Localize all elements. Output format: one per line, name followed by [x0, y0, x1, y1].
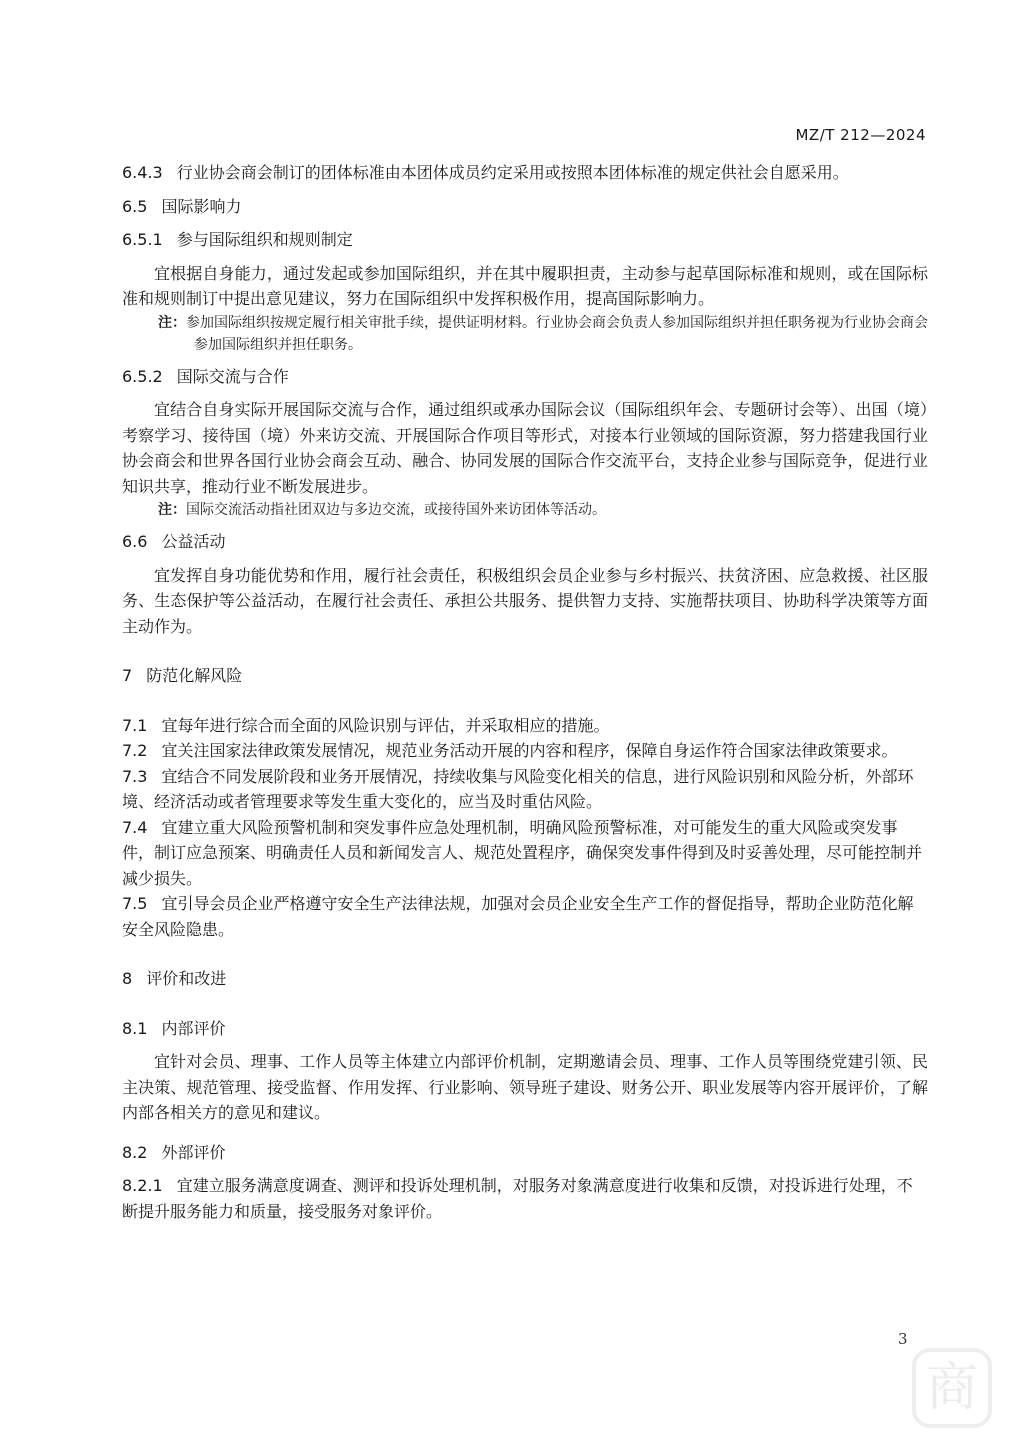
heading-6-5: 6.5国际影响力	[122, 194, 928, 220]
clause-number: 7.1	[122, 713, 147, 739]
clause-8-2-1: 8.2.1宜建立服务满意度调查、测评和投诉处理机制，对服务对象满意度进行收集和反…	[122, 1173, 928, 1224]
heading-number: 8.2	[122, 1140, 147, 1166]
watermark-text: YN21ST.CN	[930, 1382, 973, 1390]
note-6-5-1: 注：参加国际组织按规定履行相关审批手续，提供证明材料。行业协会商会负责人参加国际…	[122, 312, 928, 356]
heading-6-6: 6.6公益活动	[122, 529, 928, 555]
note-6-5-2: 注：国际交流活动指社团双边与多边交流，或接待国外来访团体等活动。	[122, 499, 928, 521]
heading-8-2: 8.2外部评价	[122, 1140, 928, 1166]
clause-7-3: 7.3宜结合不同发展阶段和业务开展情况，持续收集与风险变化相关的信息，进行风险识…	[122, 764, 928, 815]
watermark-logo-icon: 商 YN21ST.CN	[912, 1348, 992, 1428]
heading-title: 外部评价	[161, 1143, 225, 1162]
heading-title: 公益活动	[161, 532, 225, 551]
clause-text: 宜关注国家法律政策发展情况，规范业务活动开展的内容和程序，保障自身运作符合国家法…	[161, 741, 897, 760]
clause-text: 宜引导会员企业严格遵守安全生产法律法规，加强对会员企业安全生产工作的督促指导，帮…	[122, 894, 913, 939]
paragraph-8-1: 宜针对会员、理事、工作人员等主体建立内部评价机制，定期邀请会员、理事、工作人员等…	[122, 1049, 928, 1126]
heading-number: 8.1	[122, 1016, 147, 1042]
clause-text: 行业协会商会制订的团体标准由本团体成员约定采用或按照本团体标准的规定供社会自愿采…	[177, 163, 849, 182]
heading-number: 6.5.2	[122, 364, 163, 390]
heading-number: 6.6	[122, 529, 147, 555]
clause-text: 宜建立重大风险预警机制和突发事件应急处理机制，明确风险预警标准，对可能发生的重大…	[122, 818, 922, 888]
heading-title: 参与国际组织和规则制定	[177, 230, 353, 249]
heading-8-1: 8.1内部评价	[122, 1016, 928, 1042]
paragraph-6-5-2: 宜结合自身实际开展国际交流与合作，通过组织或承办国际会议（国际组织年会、专题研讨…	[122, 397, 928, 499]
clause-text: 宜每年进行综合而全面的风险识别与评估，并采取相应的措施。	[161, 716, 609, 735]
paragraph-6-5-1: 宜根据自身能力，通过发起或参加国际组织，并在其中履职担责，主动参与起草国际标准和…	[122, 261, 928, 312]
heading-6-5-1: 6.5.1参与国际组织和规则制定	[122, 227, 928, 253]
heading-title: 国际交流与合作	[177, 367, 289, 386]
heading-number: 6.5	[122, 194, 147, 220]
clause-number: 7.5	[122, 891, 147, 917]
paragraph-6-6: 宜发挥自身功能优势和作用，履行社会责任，积极组织会员企业参与乡村振兴、扶贫济困、…	[122, 563, 928, 640]
clause-number: 7.3	[122, 764, 147, 790]
document-body: 6.4.3行业协会商会制订的团体标准由本团体成员约定采用或按照本团体标准的规定供…	[122, 160, 928, 1224]
clause-7-1: 7.1宜每年进行综合而全面的风险识别与评估，并采取相应的措施。	[122, 713, 928, 739]
clause-text: 宜建立服务满意度调查、测评和投诉处理机制，对服务对象满意度进行收集和反馈，对投诉…	[122, 1176, 913, 1221]
standard-code: MZ/T 212—2024	[795, 126, 926, 144]
clause-7-4: 7.4宜建立重大风险预警机制和突发事件应急处理机制，明确风险预警标准，对可能发生…	[122, 815, 928, 892]
heading-title: 内部评价	[161, 1019, 225, 1038]
clause-number: 6.4.3	[122, 160, 163, 186]
heading-8: 8评价和改进	[122, 966, 928, 992]
note-text: 国际交流活动指社团双边与多边交流，或接待国外来访团体等活动。	[186, 502, 606, 518]
clause-7-2: 7.2宜关注国家法律政策发展情况，规范业务活动开展的内容和程序，保障自身运作符合…	[122, 738, 928, 764]
heading-number: 6.5.1	[122, 227, 163, 253]
note-label: 注：	[158, 315, 186, 331]
clause-text: 宜结合不同发展阶段和业务开展情况，持续收集与风险变化相关的信息，进行风险识别和风…	[122, 767, 913, 812]
heading-title: 国际影响力	[161, 197, 241, 216]
clause-number: 7.2	[122, 738, 147, 764]
page-number: 3	[898, 1330, 908, 1348]
note-text: 参加国际组织按规定履行相关审批手续，提供证明材料。行业协会商会负责人参加国际组织…	[186, 315, 928, 353]
heading-title: 评价和改进	[146, 969, 226, 988]
heading-number: 8	[122, 966, 132, 992]
heading-title: 防范化解风险	[146, 666, 242, 685]
heading-number: 7	[122, 663, 132, 689]
note-label: 注：	[158, 502, 186, 518]
heading-6-5-2: 6.5.2国际交流与合作	[122, 364, 928, 390]
clause-6-4-3: 6.4.3行业协会商会制订的团体标准由本团体成员约定采用或按照本团体标准的规定供…	[122, 160, 928, 186]
clause-number: 7.4	[122, 815, 147, 841]
heading-7: 7防范化解风险	[122, 663, 928, 689]
clause-7-5: 7.5宜引导会员企业严格遵守安全生产法律法规，加强对会员企业安全生产工作的督促指…	[122, 891, 928, 942]
clause-number: 8.2.1	[122, 1173, 163, 1199]
